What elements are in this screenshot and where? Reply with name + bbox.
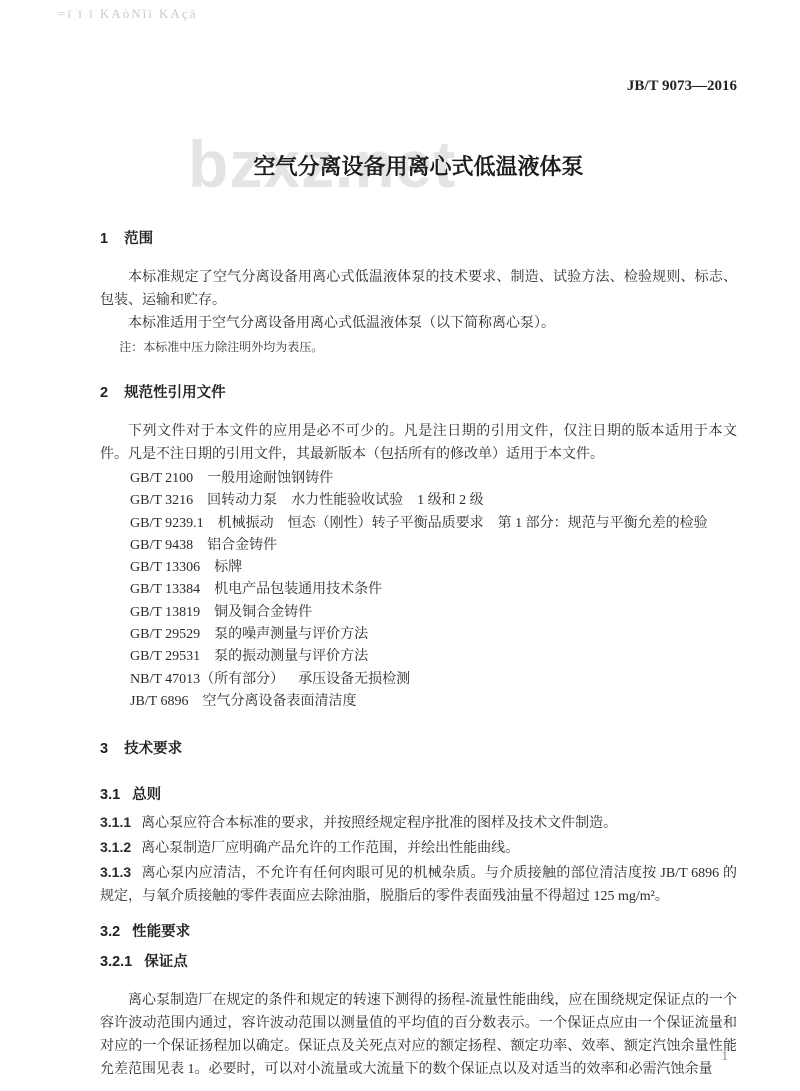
reference-code: GB/T 29531	[130, 649, 200, 664]
standard-number: JB/T 9073—2016	[100, 78, 737, 95]
subsection-number: 3.2.1	[100, 954, 132, 970]
reference-code: NB/T 47013（所有部分）	[130, 672, 284, 687]
reference-item: GB/T 13819铜及铜合金铸件	[130, 602, 737, 624]
reference-title: 回转动力泵 水力性能验收试验 1 级和 2 级	[207, 493, 484, 508]
reference-item: NB/T 47013（所有部分）承压设备无损检测	[130, 669, 737, 691]
clause-3-1-3: 3.1.3离心泵内应清洁，不允许有任何肉眼可见的机械杂质。与介质接触的部位清洁度…	[100, 861, 737, 909]
reference-item: GB/T 9239.1机械振动 恒态（刚性）转子平衡品质要求 第 1 部分：规范…	[130, 513, 737, 535]
reference-code: GB/T 13819	[130, 605, 200, 620]
reference-item: GB/T 13384机电产品包装通用技术条件	[130, 579, 737, 601]
page-content: JB/T 9073—2016 bzxz.net 空气分离设备用离心式低温液体泵 …	[100, 0, 737, 1082]
section-heading-references: 2规范性引用文件	[100, 383, 737, 403]
reference-title: 空气分离设备表面清洁度	[202, 694, 356, 709]
subsection-heading-3-2: 3.2性能要求	[100, 922, 737, 942]
subsection-number: 3.2	[100, 924, 120, 940]
reference-code: JB/T 6896	[130, 694, 188, 709]
reference-title: 铝合金铸件	[207, 538, 277, 553]
section-number: 2	[100, 385, 108, 401]
subsection-label: 性能要求	[132, 924, 190, 940]
section-number: 1	[100, 231, 108, 247]
section-heading-technical: 3技术要求	[100, 739, 737, 759]
reference-code: GB/T 3216	[130, 493, 193, 508]
reference-code: GB/T 29529	[130, 627, 200, 642]
reference-item: GB/T 3216回转动力泵 水力性能验收试验 1 级和 2 级	[130, 490, 737, 512]
subsection-heading-3-2-1: 3.2.1保证点	[100, 952, 737, 972]
reference-item: GB/T 29531泵的振动测量与评价方法	[130, 646, 737, 668]
section-label: 规范性引用文件	[124, 385, 226, 401]
reference-list: GB/T 2100一般用途耐蚀钢铸件 GB/T 3216回转动力泵 水力性能验收…	[130, 468, 737, 713]
reference-title: 铜及铜合金铸件	[214, 605, 312, 620]
reference-title: 标牌	[214, 560, 242, 575]
clause-3-1-1: 3.1.1离心泵应符合本标准的要求，并按照经规定程序批准的图样及技术文件制造。	[100, 811, 737, 836]
references-intro: 下列文件对于本文件的应用是必不可少的。凡是注日期的引用文件，仅注日期的版本适用于…	[100, 421, 737, 467]
scope-paragraph-1: 本标准规定了空气分离设备用离心式低温液体泵的技术要求、制造、试验方法、检验规则、…	[100, 267, 737, 313]
reference-item: JB/T 6896空气分离设备表面清洁度	[130, 691, 737, 713]
section-label: 范围	[124, 231, 153, 247]
guarantee-point-paragraph: 离心泵制造厂在规定的条件和规定的转速下测得的扬程-流量性能曲线，应在围绕规定保证…	[100, 990, 737, 1081]
reference-code: GB/T 9239.1	[130, 516, 204, 531]
document-page: =ī ī ī KAòNĩī KAçā JB/T 9073—2016 bzxz.n…	[0, 0, 800, 1091]
reference-item: GB/T 13306标牌	[130, 557, 737, 579]
reference-title: 一般用途耐蚀钢铸件	[207, 471, 333, 486]
subsection-number: 3.1	[100, 787, 120, 803]
section-number: 3	[100, 741, 108, 757]
section-label: 技术要求	[124, 741, 182, 757]
clause-number: 3.1.3	[100, 864, 131, 880]
title-block: bzxz.net 空气分离设备用离心式低温液体泵	[100, 147, 737, 187]
reference-code: GB/T 9438	[130, 538, 193, 553]
subsection-label: 保证点	[144, 954, 188, 970]
scope-note: 注：本标准中压力除注明外均为表压。	[100, 337, 737, 357]
clause-text: 离心泵制造厂应明确产品允许的工作范围，并绘出性能曲线。	[141, 841, 519, 856]
reference-item: GB/T 9438铝合金铸件	[130, 535, 737, 557]
clause-text: 离心泵应符合本标准的要求，并按照经规定程序批准的图样及技术文件制造。	[141, 816, 617, 831]
reference-title: 机械振动 恒态（刚性）转子平衡品质要求 第 1 部分：规范与平衡允差的检验	[218, 516, 708, 531]
clause-3-1-2: 3.1.2离心泵制造厂应明确产品允许的工作范围，并绘出性能曲线。	[100, 836, 737, 861]
clause-number: 3.1.2	[100, 839, 131, 855]
page-number: 1	[722, 1048, 729, 1064]
scope-paragraph-2: 本标准适用于空气分离设备用离心式低温液体泵（以下简称离心泵）。	[100, 313, 737, 336]
reference-title: 机电产品包装通用技术条件	[214, 582, 382, 597]
reference-code: GB/T 13384	[130, 582, 200, 597]
subsection-label: 总则	[132, 787, 161, 803]
document-title: 空气分离设备用离心式低温液体泵	[100, 147, 737, 187]
reference-title: 泵的振动测量与评价方法	[214, 649, 368, 664]
section-heading-scope: 1范围	[100, 229, 737, 249]
reference-item: GB/T 2100一般用途耐蚀钢铸件	[130, 468, 737, 490]
reference-item: GB/T 29529泵的噪声测量与评价方法	[130, 624, 737, 646]
clause-text: 离心泵内应清洁，不允许有任何肉眼可见的机械杂质。与介质接触的部位清洁度按 JB/…	[100, 866, 737, 904]
reference-title: 泵的噪声测量与评价方法	[214, 627, 368, 642]
reference-title: 承压设备无损检测	[298, 672, 410, 687]
clause-number: 3.1.1	[100, 814, 131, 830]
reference-code: GB/T 13306	[130, 560, 200, 575]
subsection-heading-3-1: 3.1总则	[100, 785, 737, 805]
reference-code: GB/T 2100	[130, 471, 193, 486]
